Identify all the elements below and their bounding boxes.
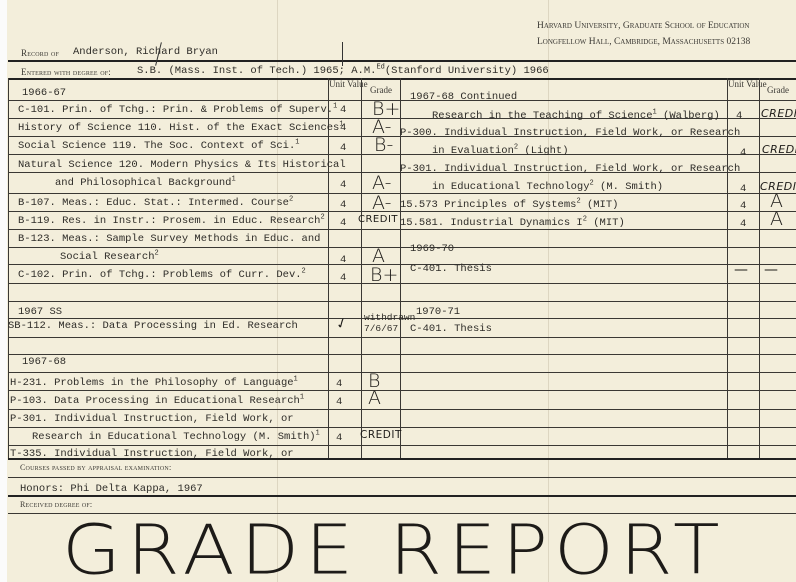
record-of-label: Record of bbox=[21, 48, 59, 58]
course-title-text: B-119. Res. in Instr.: Prosem. in Educ. … bbox=[18, 215, 320, 227]
footnote-marker: 1 bbox=[294, 376, 298, 384]
degrees-text: S.B. (Mass. Inst. of Tech.) 1965; A.M. bbox=[137, 65, 376, 77]
degrees-text-rest: (Stanford University) 1966 bbox=[385, 65, 549, 77]
student-name: Anderson, Richard Bryan bbox=[73, 46, 218, 58]
course-title: Social Science 119. The Soc. Context of … bbox=[18, 140, 299, 152]
course-title: C-401. Thesis bbox=[410, 263, 492, 275]
row-rule bbox=[8, 283, 796, 284]
course-title-text: History of Science 110. Hist. of the Exa… bbox=[18, 122, 339, 134]
instructor: (MIT) bbox=[587, 217, 625, 229]
scan-edge bbox=[0, 0, 7, 582]
entered-degrees: S.B. (Mass. Inst. of Tech.) 1965; A.M.Ed… bbox=[137, 65, 549, 77]
grade: CREDIT bbox=[358, 214, 398, 225]
unit-value: 4 bbox=[340, 142, 346, 154]
course-title: P-301. Individual Instruction, Field Wor… bbox=[400, 163, 740, 175]
grade-header-right: Grade bbox=[760, 86, 796, 95]
footnote-marker: 2 bbox=[320, 214, 324, 222]
institution-name: Harvard University, Graduate School of E… bbox=[537, 18, 787, 34]
row-rule bbox=[8, 390, 796, 391]
column-divider bbox=[759, 78, 760, 458]
handwritten-arrow-icon bbox=[342, 42, 343, 66]
course-title: P-301. Individual Instruction, Field Wor… bbox=[10, 413, 294, 425]
row-rule bbox=[8, 445, 796, 446]
footnote-marker: 1 bbox=[316, 430, 320, 438]
course-title: Research in the Teaching of Science1 (Wa… bbox=[432, 110, 720, 122]
row-rule bbox=[8, 154, 796, 155]
grade-header-left: Grade bbox=[362, 86, 400, 95]
rule bbox=[8, 495, 796, 497]
course-title: P-103. Data Processing in Educational Re… bbox=[10, 395, 304, 407]
footnote-marker: 1 bbox=[295, 139, 299, 147]
grade: B- bbox=[374, 134, 393, 156]
unit-value: 4 bbox=[336, 378, 342, 390]
unit-value-header-left: Unit Value bbox=[329, 80, 361, 89]
row-rule bbox=[8, 301, 796, 302]
institution-header: Harvard University, Graduate School of E… bbox=[537, 18, 787, 50]
course-title-text: C-101. Prin. of Tchg.: Prin. & Problems … bbox=[18, 104, 333, 116]
course-title-text: Social Science 119. The Soc. Context of … bbox=[18, 140, 295, 152]
course-title-continued: in Educational Technology2 (M. Smith) bbox=[432, 181, 663, 193]
course-title-text: Research in the Teaching of Science bbox=[432, 110, 653, 122]
row-rule bbox=[8, 427, 796, 428]
row-rule bbox=[8, 477, 796, 478]
degree-superscript: Ed bbox=[376, 64, 384, 72]
course-title-text: Research in Educational Technology (M. S… bbox=[32, 431, 316, 443]
footnote-marker: 2 bbox=[302, 268, 306, 276]
course-title: 15.573 Principles of Systems2 (MIT) bbox=[400, 199, 618, 211]
instructor: (Walberg) bbox=[657, 110, 720, 122]
unit-value: 4 bbox=[740, 200, 746, 212]
unit-value: 4 bbox=[340, 272, 346, 284]
course-title-text: H-231. Problems in the Philosophy of Lan… bbox=[10, 377, 294, 389]
withdrawn-date: 7/6/67 bbox=[364, 323, 398, 334]
column-divider bbox=[328, 78, 329, 458]
row-rule bbox=[8, 337, 796, 338]
unit-value: 4 bbox=[336, 432, 342, 444]
unit-value: 4 bbox=[340, 199, 346, 211]
unit-value-header-right: Unit Value bbox=[728, 80, 758, 89]
unit-value: 4 bbox=[336, 396, 342, 408]
course-title-continued: in Evaluation2 (Light) bbox=[432, 145, 569, 157]
course-title-text: B-107. Meas.: Educ. Stat.: Intermed. Cou… bbox=[18, 197, 289, 209]
instructor: (Light) bbox=[518, 145, 568, 157]
footnote-marker: 1 bbox=[333, 103, 337, 111]
rule bbox=[8, 60, 796, 62]
unit-value: 4 bbox=[740, 183, 746, 195]
course-title: P-300. Individual Instruction, Field Wor… bbox=[400, 127, 740, 139]
footnote-marker: 2 bbox=[155, 250, 159, 258]
unit-value: 4 bbox=[340, 217, 346, 229]
course-title: B-119. Res. in Instr.: Prosem. in Educ. … bbox=[18, 215, 325, 227]
course-title: SB-112. Meas.: Data Processing in Ed. Re… bbox=[8, 320, 298, 332]
footnote-marker: 1 bbox=[231, 176, 235, 184]
unit-value: 4 bbox=[340, 122, 346, 134]
row-rule bbox=[8, 229, 796, 230]
rule bbox=[8, 78, 796, 80]
course-title-text: in Educational Technology bbox=[432, 181, 590, 193]
grade: A bbox=[770, 208, 783, 230]
unit-value: 4 bbox=[740, 147, 746, 159]
unit-value: 4 bbox=[740, 218, 746, 230]
instructor: (M. Smith) bbox=[594, 181, 663, 193]
instructor: (MIT) bbox=[581, 199, 619, 211]
term-heading: 1970-71 bbox=[416, 306, 460, 318]
honors: Honors: Phi Delta Kappa, 1967 bbox=[20, 483, 203, 495]
term-heading: 1967 SS bbox=[18, 306, 62, 318]
course-title-continued: Social Research2 bbox=[60, 251, 159, 263]
unit-value: 4 bbox=[340, 104, 346, 116]
entered-label: Entered with degree of: bbox=[21, 67, 111, 77]
footnote-marker: 2 bbox=[289, 196, 293, 204]
unit-value: 4 bbox=[340, 179, 346, 191]
course-title-text: C-102. Prin. of Tchg.: Problems of Curr.… bbox=[18, 269, 302, 281]
row-rule bbox=[8, 100, 796, 101]
row-rule bbox=[8, 372, 796, 373]
grade: CREDIT bbox=[360, 429, 402, 441]
grade: A- bbox=[372, 172, 391, 194]
unit-value-dash: — bbox=[734, 262, 748, 278]
row-rule bbox=[8, 211, 796, 212]
course-title: C-102. Prin. of Tchg.: Problems of Curr.… bbox=[18, 269, 306, 281]
unit-value: 4 bbox=[736, 110, 742, 122]
course-title: C-101. Prin. of Tchg.: Prin. & Problems … bbox=[18, 104, 337, 116]
course-title-text: 15.573 Principles of Systems bbox=[400, 199, 576, 211]
column-divider bbox=[8, 78, 9, 458]
course-title-text: 15.581. Industrial Dynamics I bbox=[400, 217, 583, 229]
course-title: 15.581. Industrial Dynamics I2 (MIT) bbox=[400, 217, 625, 229]
course-title: B-123. Meas.: Sample Survey Methods in E… bbox=[18, 233, 320, 245]
handwritten-title: GRADE REPORT bbox=[62, 516, 726, 582]
grade: CREDIT bbox=[761, 107, 796, 120]
withdrawn-label: withdrawn bbox=[364, 312, 415, 323]
row-rule bbox=[8, 264, 796, 265]
course-title-text: Social Research bbox=[60, 251, 155, 263]
course-title: History of Science 110. Hist. of the Exa… bbox=[18, 122, 344, 134]
term-heading: 1967-68 bbox=[22, 356, 66, 368]
grade: A bbox=[368, 387, 381, 409]
term-heading: 1967-68 Continued bbox=[410, 91, 517, 103]
row-rule bbox=[8, 247, 796, 248]
term-heading: 1969-70 bbox=[410, 243, 454, 255]
course-title: H-231. Problems in the Philosophy of Lan… bbox=[10, 377, 298, 389]
term-heading: 1966-67 bbox=[22, 87, 66, 99]
course-title-continued: and Philosophical Background1 bbox=[55, 177, 236, 189]
row-rule bbox=[8, 193, 796, 194]
course-title: B-107. Meas.: Educ. Stat.: Intermed. Cou… bbox=[18, 197, 293, 209]
grade-dash: — bbox=[764, 262, 778, 278]
course-title-text: and Philosophical Background bbox=[55, 177, 231, 189]
unit-value: 4 bbox=[340, 254, 346, 266]
course-title: T-335. Individual Instruction, Field Wor… bbox=[10, 448, 294, 460]
row-rule bbox=[8, 354, 796, 355]
appraisal-label: Courses passed by appraisal examination: bbox=[20, 463, 171, 472]
course-title: C-401. Thesis bbox=[410, 323, 492, 335]
row-rule bbox=[8, 409, 796, 410]
course-title: Natural Science 120. Modern Physics & It… bbox=[18, 159, 346, 171]
grade: A- bbox=[372, 192, 391, 214]
received-degree-label: Received degree of: bbox=[20, 500, 92, 509]
grade: B+ bbox=[370, 264, 398, 286]
column-divider bbox=[361, 78, 362, 458]
footnote-marker: 1 bbox=[300, 394, 304, 402]
institution-address: Longfellow Hall, Cambridge, Massachusett… bbox=[537, 34, 787, 50]
course-title-text: P-103. Data Processing in Educational Re… bbox=[10, 395, 300, 407]
grade: CREDIT bbox=[762, 143, 796, 156]
course-title-text: in Evaluation bbox=[432, 145, 514, 157]
course-title-continued: Research in Educational Technology (M. S… bbox=[32, 431, 320, 443]
